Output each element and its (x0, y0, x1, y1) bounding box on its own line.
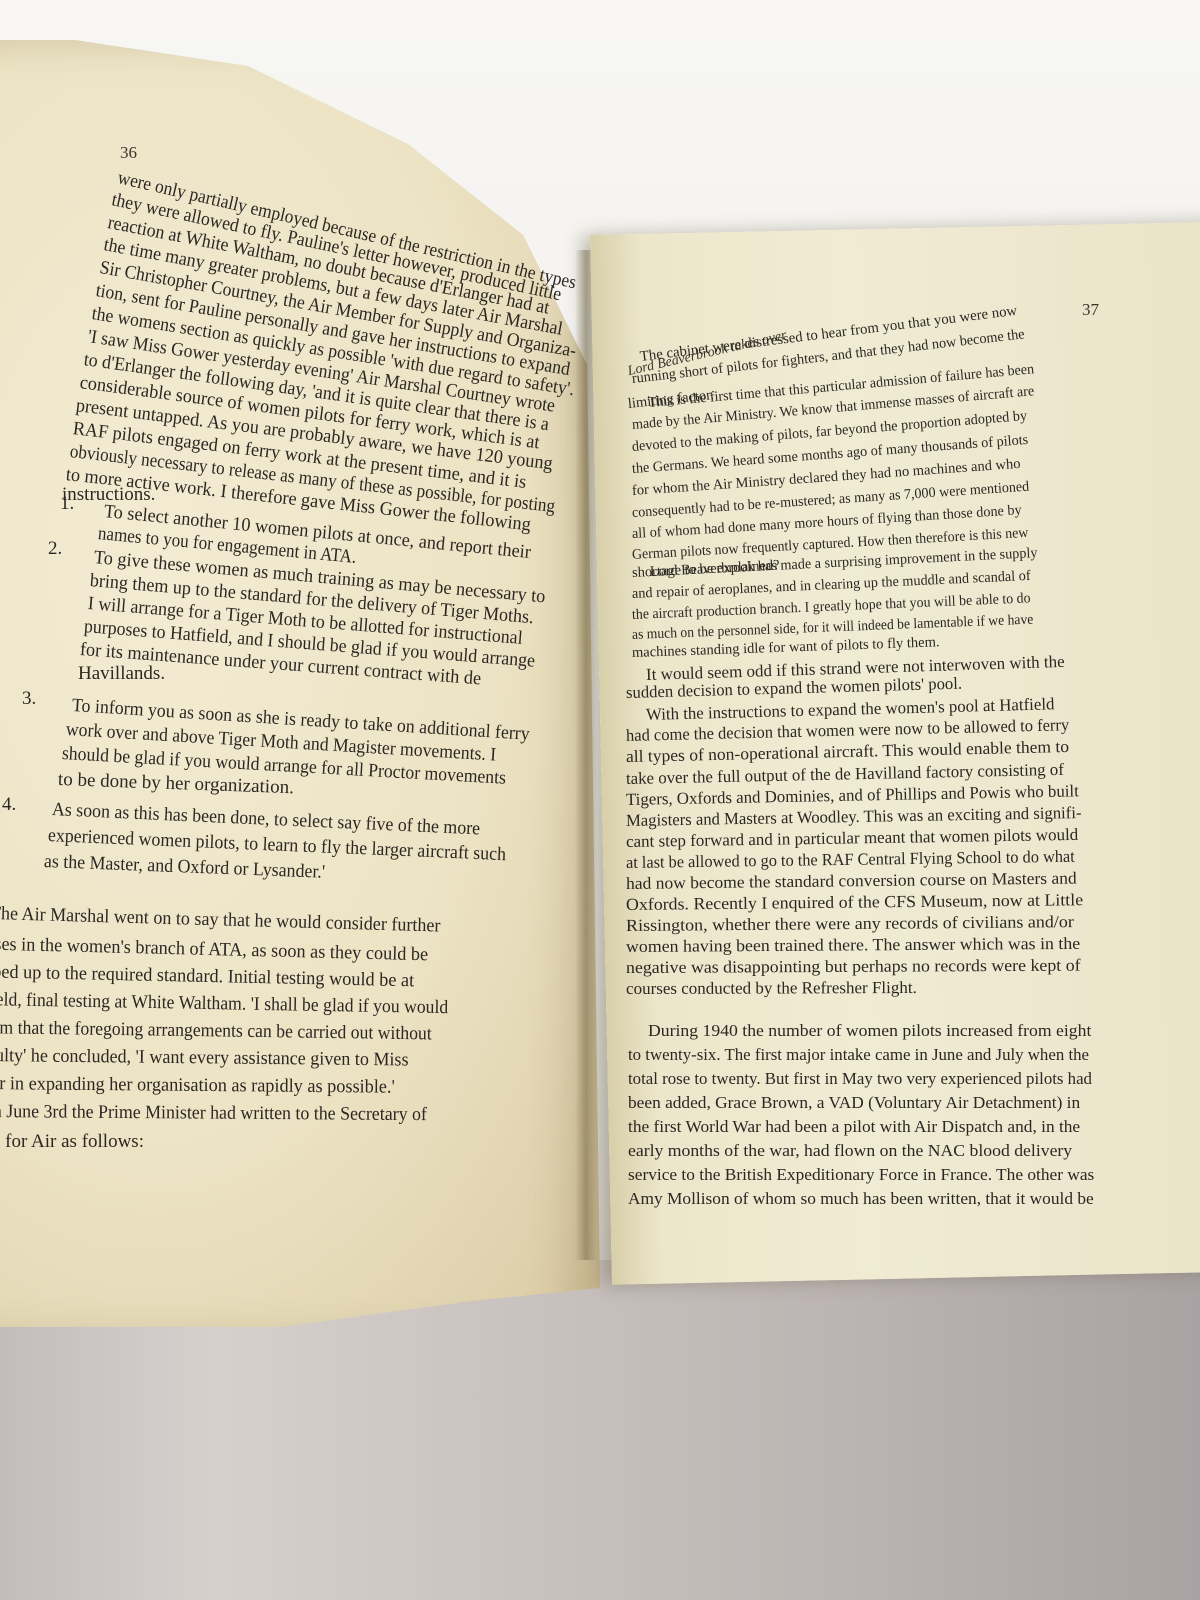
body-line: iculty' he concluded, 'I want every assi… (0, 1046, 409, 1069)
page-number-left: 36 (120, 143, 137, 163)
list-item-line: Havillands. (78, 664, 165, 683)
body-line: During 1940 the number of women pilots i… (648, 1022, 1091, 1039)
body-line: to twenty-six. The first major intake ca… (628, 1046, 1089, 1063)
list-number: 2. (48, 538, 62, 560)
body-line: negative was disappointing but perhaps n… (626, 957, 1081, 976)
body-line: the first World War had been a pilot wit… (628, 1118, 1080, 1135)
page-number-right: 37 (1082, 300, 1099, 320)
body-line: total rose to twenty. But first in May t… (628, 1070, 1092, 1087)
body-line: wer in expanding her organisation as rap… (0, 1074, 395, 1097)
body-line: On June 3rd the Prime Minister had writt… (0, 1102, 427, 1124)
body-line: service to the British Expeditionary For… (628, 1166, 1094, 1183)
body-line: been added, Grace Brown, a VAD (Voluntar… (628, 1094, 1080, 1111)
body-line: Oxfords. Recently I enquired of the CFS … (626, 891, 1083, 913)
list-number: 4. (2, 794, 16, 816)
body-line: courses conducted by the Refresher Fligh… (626, 979, 917, 997)
body-line: women having been trained there. The ans… (626, 935, 1080, 955)
body-line: Rissington, whether there were any recor… (626, 913, 1074, 934)
list-number: 1. (60, 493, 74, 515)
body-line: early months of the war, had flown on th… (628, 1142, 1072, 1159)
list-number: 3. (22, 688, 36, 710)
body-line: Amy Mollison of whom so much has been wr… (628, 1190, 1094, 1207)
body-line: e for Air as follows: (0, 1132, 144, 1151)
